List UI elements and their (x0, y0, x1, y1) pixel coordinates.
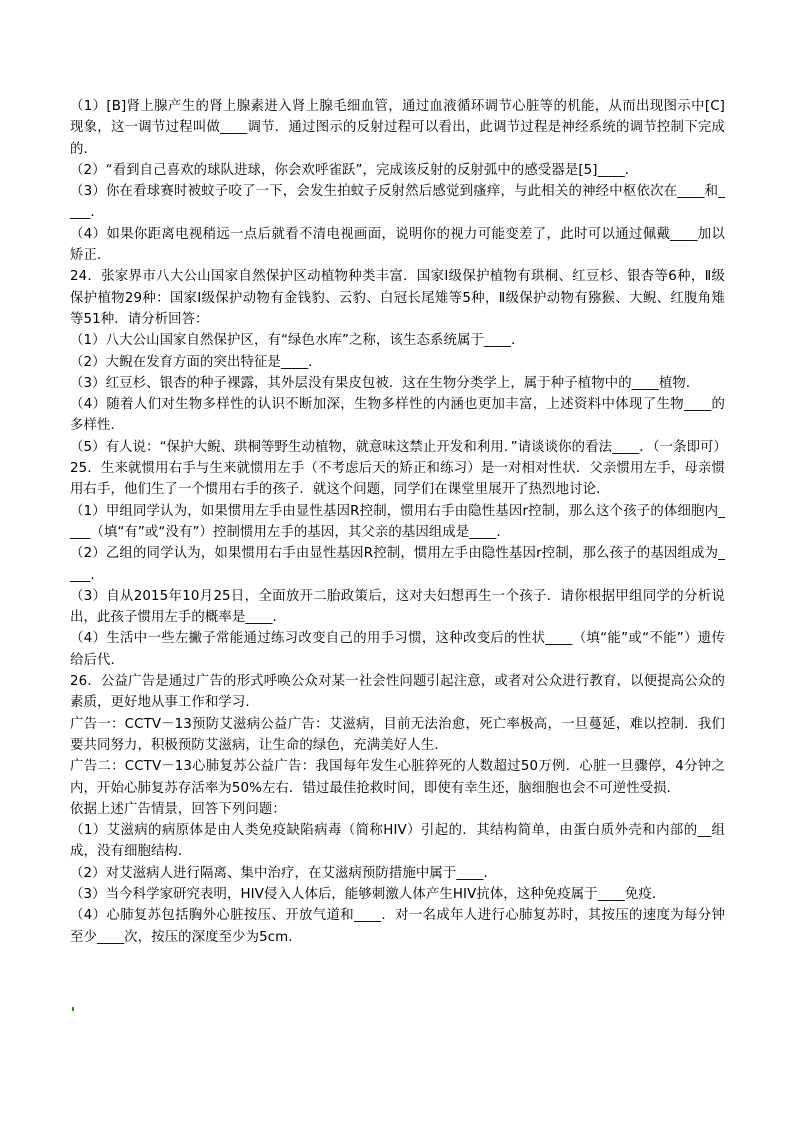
q25-part1: （1）甲组同学认为，如果惯用左手由显性基因R控制，惯用右手由隐性基因r控制，那么… (70, 501, 725, 544)
q24-part4: （4）随着人们对生物多样性的认识不断加深，生物多样性的内涵也更加丰富，上述资料中… (70, 394, 725, 437)
document-page: （1）[B]肾上腺产生的肾上腺素进入肾上腺毛细血管，通过血液循环调节心脏等的机能… (70, 96, 725, 948)
q26-stem: 26．公益广告是通过广告的形式呼唤公众对某一社会性问题引起注意，或者对公众进行教… (70, 671, 725, 714)
q24-stem: 24．张家界市八大公山国家自然保护区动植物种类丰富．国家Ⅰ级保护植物有珙桐、红豆… (70, 266, 725, 330)
q26-part1: （1）艾滋病的病原体是由人类免疫缺陷病毒（简称HIV）引起的．其结构简单，由蛋白… (70, 820, 725, 863)
q24-part1: （1）八大公山国家自然保护区，有“绿色水库”之称，该生态系统属于____． (70, 330, 725, 351)
q26-part3: （3）当今科学家研究表明，HIV侵入人体后，能够刺激人体产生HIV抗体，这种免疫… (70, 884, 725, 905)
q24-part5: （5）有人说：“保护大鲵、珙桐等野生动植物，就意味这禁止开发和利用．”请谈谈你的… (70, 437, 725, 458)
q23-part4: （4）如果你距离电视稍远一点后就看不清电视画面，说明你的视力可能变差了，此时可以… (70, 224, 725, 267)
q26-instruction: 依据上述广告情景，回答下列问题： (70, 799, 725, 820)
page-marker-dot (72, 1007, 74, 1011)
q26-ad1: 广告一：CCTV－13预防艾滋病公益广告：艾滋病，目前无法治愈，死亡率极高，一旦… (70, 714, 725, 757)
q23-part3: （3）你在看球赛时被蚊子咬了一下，会发生拍蚊子反射然后感觉到瘙痒，与此相关的神经… (70, 181, 725, 224)
q23-part2: （2）“看到自己喜欢的球队进球，你会欢呼雀跃”，完成该反射的反射弧中的感受器是[… (70, 160, 725, 181)
q25-part4: （4）生活中一些左撇子常能通过练习改变自己的用手习惯，这种改变后的性状____（… (70, 628, 725, 671)
q25-part2: （2）乙组的同学认为，如果惯用右手由显性基因R控制，惯用左手由隐性基因r控制，那… (70, 543, 725, 586)
q26-part4: （4）心肺复苏包括胸外心脏按压、开放气道和____．对一名成年人进行心肺复苏时，… (70, 905, 725, 948)
q24-part3: （3）红豆杉、银杏的种子裸露，其外层没有果皮包被．这在生物分类学上，属于种子植物… (70, 373, 725, 394)
q26-ad2: 广告二：CCTV－13心肺复苏公益广告：我国每年发生心脏猝死的人数超过50万例．… (70, 756, 725, 799)
q26-part2: （2）对艾滋病人进行隔离、集中治疗，在艾滋病预防措施中属于____． (70, 863, 725, 884)
q25-stem: 25．生来就惯用右手与生来就惯用左手（不考虑后天的矫正和练习）是一对相对性状．父… (70, 458, 725, 501)
q24-part2: （2）大鲵在发育方面的突出特征是____． (70, 352, 725, 373)
q25-part3: （3）自从2015年10月25日，全面放开二胎政策后，这对夫妇想再生一个孩子．请… (70, 586, 725, 629)
q23-part1: （1）[B]肾上腺产生的肾上腺素进入肾上腺毛细血管，通过血液循环调节心脏等的机能… (70, 96, 725, 160)
